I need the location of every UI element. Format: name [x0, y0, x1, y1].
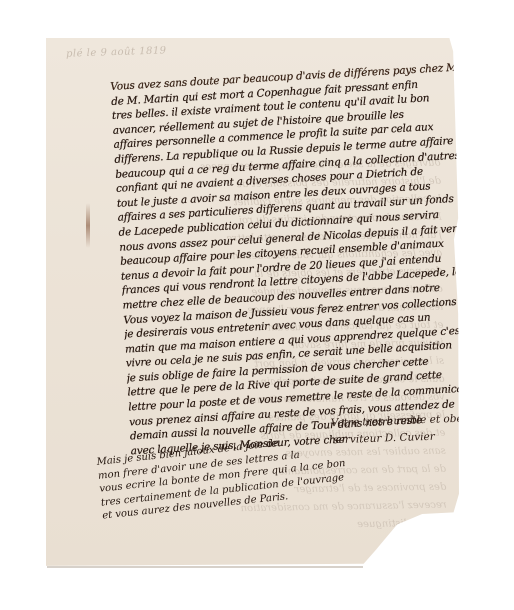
letter-paper: plé le 9 août 1819 ouvrages de la societ… — [46, 38, 464, 568]
photo-stage: plé le 9 août 1819 ouvrages de la societ… — [0, 0, 514, 610]
docket-note: plé le 9 août 1819 — [66, 45, 167, 60]
letter-body: Vous avez sans doute par beaucoup d'avis… — [110, 60, 491, 459]
ink-stain — [86, 203, 90, 248]
paper-bottom-shadow — [47, 566, 363, 568]
